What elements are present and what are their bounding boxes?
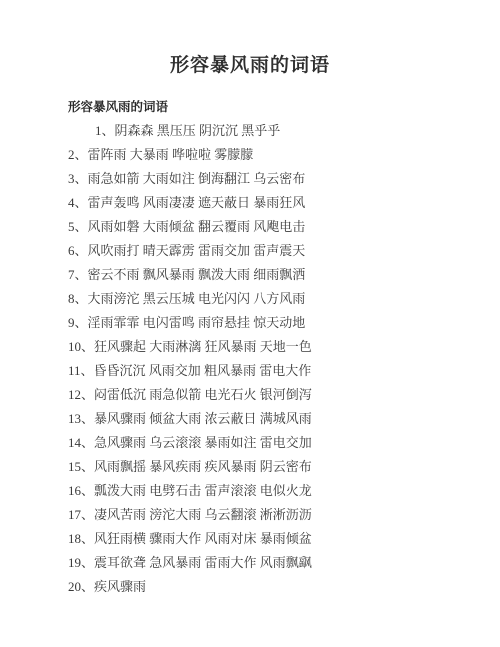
list-item: 1、阴森森 黑压压 阴沉沉 黑乎乎 (68, 119, 500, 143)
list-item: 16、瓢泼大雨 电劈石击 雷声滚滚 电似火龙 (68, 479, 500, 503)
list-item: 15、风雨飘摇 暴风疾雨 疾风暴雨 阴云密布 (68, 455, 500, 479)
list-item: 11、昏昏沉沉 风雨交加 粗风暴雨 雷电大作 (68, 359, 500, 383)
list-item: 2、雷阵雨 大暴雨 哗啦啦 雾朦朦 (68, 143, 500, 167)
list-item: 5、风雨如磐 大雨倾盆 翻云覆雨 风飑电击 (68, 215, 500, 239)
list-item: 12、闷雷低沉 雨急似箭 电光石火 银河倒泻 (68, 383, 500, 407)
list-item: 7、密云不雨 飘风暴雨 飘泼大雨 细雨飘洒 (68, 263, 500, 287)
document-page: 形容暴风雨的词语 形容暴风雨的词语 1、阴森森 黑压压 阴沉沉 黑乎乎2、雷阵雨… (0, 0, 500, 647)
list-item: 18、风狂雨横 骤雨大作 风雨对床 暴雨倾盆 (68, 527, 500, 551)
list-item: 19、震耳欲聋 急风暴雨 雷雨大作 风雨飘飖 (68, 551, 500, 575)
list-item: 6、风吹雨打 晴天霹雳 雷雨交加 雷声震天 (68, 239, 500, 263)
list-item: 9、淫雨霏霏 电闪雷鸣 雨帘悬挂 惊天动地 (68, 311, 500, 335)
list-item: 14、急风骤雨 乌云滚滚 暴雨如注 雷电交加 (68, 431, 500, 455)
list-item: 13、暴风骤雨 倾盆大雨 浓云蔽日 满城风雨 (68, 407, 500, 431)
list-item: 17、凄风苦雨 滂沱大雨 乌云翻滚 淅淅沥沥 (68, 503, 500, 527)
word-list: 1、阴森森 黑压压 阴沉沉 黑乎乎2、雷阵雨 大暴雨 哗啦啦 雾朦朦3、雨急如箭… (68, 119, 500, 599)
list-item: 10、狂风骤起 大雨淋漓 狂风暴雨 天地一色 (68, 335, 500, 359)
list-item: 3、雨急如箭 大雨如注 倒海翻江 乌云密布 (68, 167, 500, 191)
list-item: 4、雷声轰鸣 风雨凄凄 遮天蔽日 暴雨狂风 (68, 191, 500, 215)
list-item: 8、大雨滂沱 黑云压城 电光闪闪 八方风雨 (68, 287, 500, 311)
page-title: 形容暴风雨的词语 (0, 0, 500, 77)
list-item: 20、疾风骤雨 (68, 575, 500, 599)
section-heading: 形容暴风雨的词语 (68, 97, 500, 115)
